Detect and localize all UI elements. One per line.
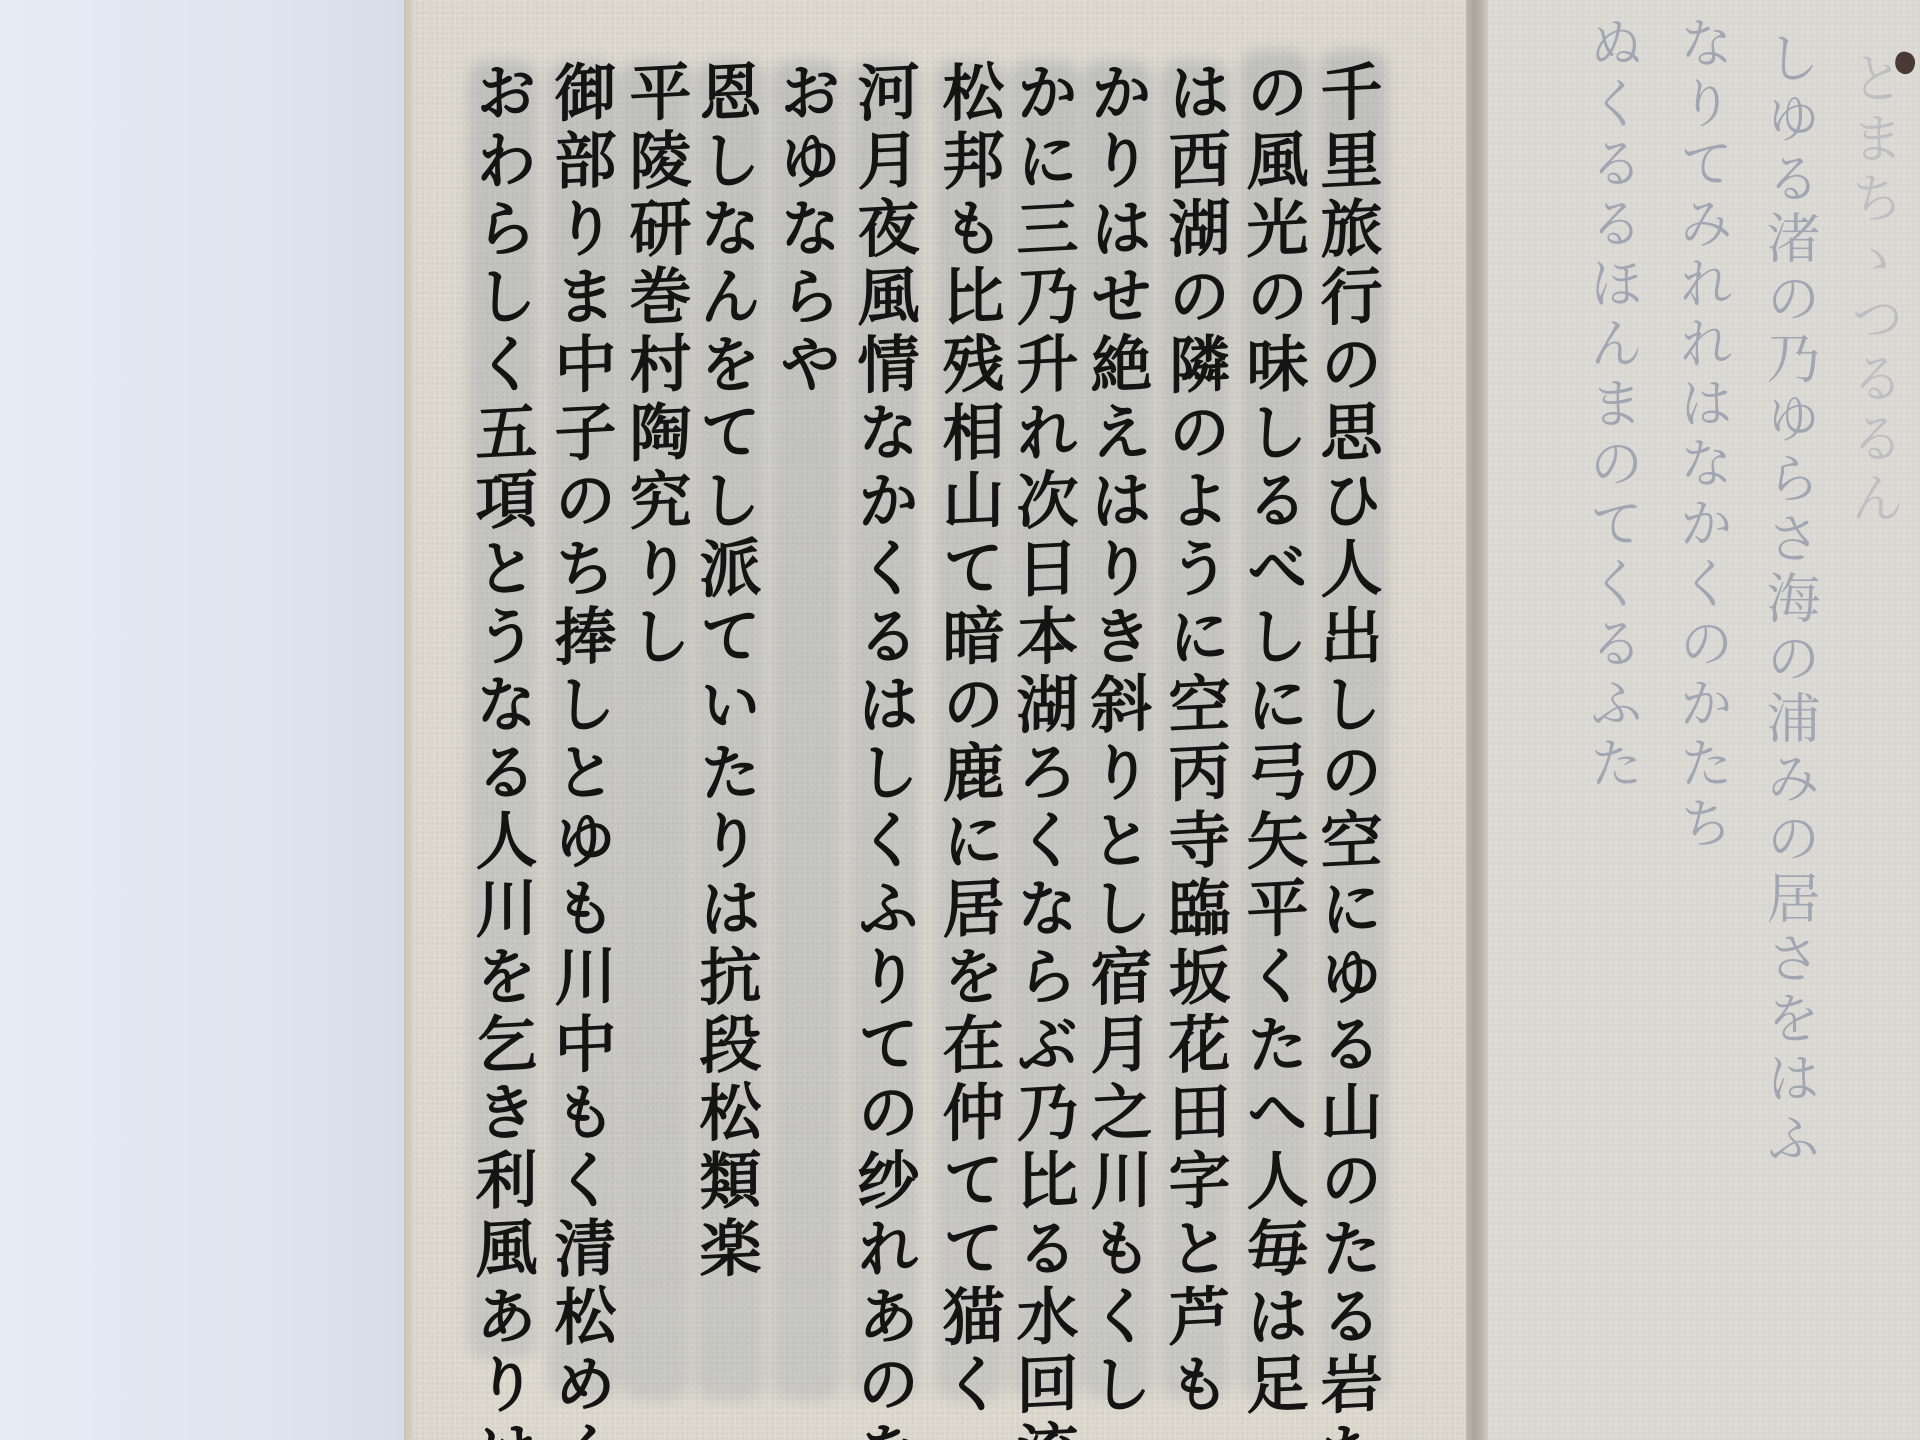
book-binding-gutter — [1466, 0, 1488, 1440]
manuscript-column-7: 河月夜風情なかくるはしくふりての纱れあのをんも — [852, 58, 914, 1411]
manuscript-column-9: 恩しなんをてし派ていたりは抗段松類楽 — [694, 58, 756, 1411]
faint-column-1: ぬくるるほんまのてくるふた — [1585, 15, 1639, 1415]
page-edge — [404, 0, 413, 1440]
manuscript-column-2: の風光の味しるべしに弓矢平くたへ人毎は足 — [1241, 58, 1303, 1411]
manuscript-column-1: 千里旅行の思ひ人出しの空にゆる山のたる岩たつは嵐の — [1315, 58, 1377, 1411]
manuscript-column-8: おゆならや — [774, 58, 836, 351]
manuscript-column-3: は西湖の隣のように空丙寺臨坂花田字と芦も — [1163, 58, 1225, 1411]
faint-column-4: とまちゝつるるん — [1846, 50, 1900, 1400]
manuscript-column-10: 平陵研巻村陶究りし — [624, 58, 686, 581]
manuscript-column-6: 松邦も比残相山て暗の鹿に居を在仲てて猫く — [937, 58, 999, 1411]
faint-column-2: なりてみれれはなかくのかたち — [1675, 15, 1729, 695]
manuscript-column-5: かに三乃升れ次日本湖ろくならぶ乃比る水回流のゆく — [1011, 58, 1073, 1411]
faint-column-3: しゆる渚の乃ゆらさ海の浦みの居さをはふ — [1762, 30, 1816, 730]
background-surface — [0, 0, 404, 1440]
manuscript-column-12: おわらしく五項とうなる人川を乞き利風ありけり — [470, 58, 532, 1341]
manuscript-column-4: かりはせ絶えはりき斜りとし宿月之川もくし — [1085, 58, 1147, 1411]
manuscript-column-11: 御部りま中子のち捧しとゆも川中もく清松めく — [549, 58, 611, 1411]
